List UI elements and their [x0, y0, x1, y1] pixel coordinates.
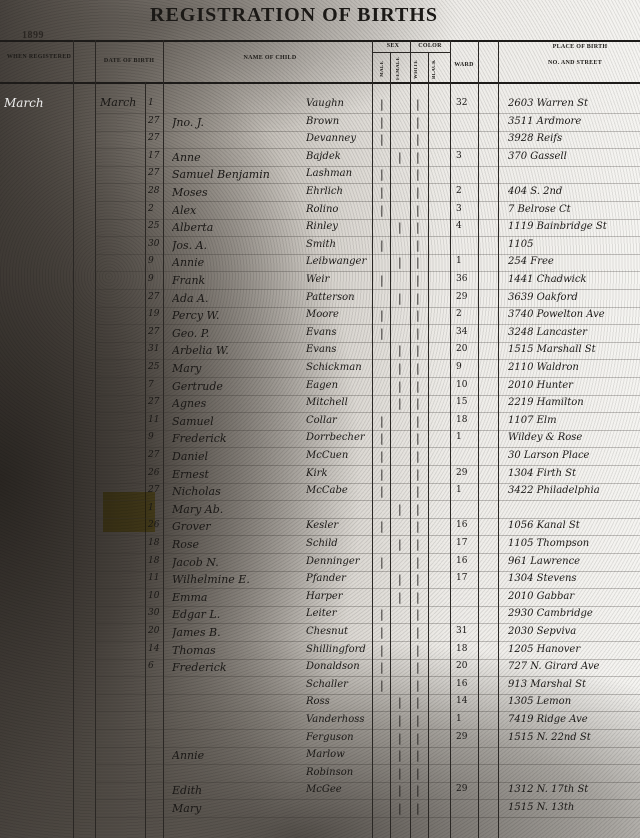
color-tick-mark: |: [416, 186, 420, 199]
col-rule-11: [498, 40, 499, 838]
row-rule: [95, 588, 640, 589]
birth-address: 2010 Gabbar: [508, 591, 638, 602]
birth-day: 27: [148, 168, 163, 178]
color-tick-mark: |: [416, 239, 420, 252]
child-surname: Shillingford: [306, 644, 372, 655]
row-rule: [95, 131, 640, 132]
ward-number: 15: [456, 397, 478, 407]
birth-address: 2603 Warren St: [508, 98, 638, 109]
birth-address: 727 N. Girard Ave: [508, 661, 638, 672]
row-rule: [95, 447, 640, 448]
sex-tick-mark: |: [398, 696, 402, 709]
birth-day: 25: [148, 362, 163, 372]
sex-tick-mark: |: [398, 292, 402, 305]
color-tick-mark: |: [416, 415, 420, 428]
color-tick-mark: |: [416, 767, 420, 780]
col-rule-5: [372, 40, 373, 838]
sex-tick-mark: |: [398, 591, 402, 604]
row-rule: [95, 324, 640, 325]
birth-day: 2: [148, 204, 163, 214]
col-rule-2: [95, 40, 96, 838]
header-color-black: Black: [432, 58, 437, 80]
sex-tick-mark: |: [398, 503, 402, 516]
header-ward: Ward: [450, 62, 478, 68]
header-when-registered: When Registered: [4, 54, 74, 60]
ward-number: 36: [456, 274, 478, 284]
birth-address: 1515 Marshall St: [508, 344, 638, 355]
sex-tick-mark: |: [380, 186, 384, 199]
child-surname: Patterson: [306, 292, 372, 303]
row-rule: [95, 113, 640, 114]
row-rule: [95, 553, 640, 554]
ward-number: 18: [456, 644, 478, 654]
color-tick-mark: |: [416, 116, 420, 129]
col-rule-4: [163, 40, 164, 838]
row-rule: [95, 799, 640, 800]
row-rule: [95, 236, 640, 237]
child-surname: Evans: [306, 344, 372, 355]
birth-day: 1: [148, 503, 163, 513]
row-rule: [95, 465, 640, 466]
birth-address: 1107 Elm: [508, 415, 638, 426]
birth-address: 30 Larson Place: [508, 450, 638, 461]
birth-day: 27: [148, 485, 163, 495]
birth-address: 404 S. 2nd: [508, 186, 638, 197]
birth-address: 3639 Oakford: [508, 292, 638, 303]
birth-address: 370 Gassell: [508, 151, 638, 162]
row-rule: [95, 166, 640, 167]
birth-day: 27: [148, 397, 163, 407]
row-rule: [95, 201, 640, 202]
color-tick-mark: |: [416, 168, 420, 181]
color-tick-mark: |: [416, 503, 420, 516]
sex-tick-mark: |: [380, 204, 384, 217]
birth-day: 27: [148, 450, 163, 460]
row-rule: [95, 377, 640, 378]
sex-tick-mark: |: [398, 784, 402, 797]
child-given-name: Edgar L.: [172, 608, 302, 621]
birth-day: 20: [148, 626, 163, 636]
sex-tick-mark: |: [380, 432, 384, 445]
child-surname: Lashman: [306, 168, 372, 179]
birth-day: 28: [148, 186, 163, 196]
child-given-name: Daniel: [172, 450, 302, 463]
birth-day: 11: [148, 415, 163, 425]
birth-address: 7 Belrose Ct: [508, 204, 638, 215]
color-tick-mark: |: [416, 380, 420, 393]
col-rule-9: [450, 40, 451, 838]
rule-sex-color-sub: [372, 52, 450, 53]
header-color: Color: [410, 43, 450, 49]
header-sex-female: Female: [396, 58, 401, 80]
ward-number: 34: [456, 327, 478, 337]
col-rule-10: [478, 40, 479, 838]
child-surname: Ross: [306, 696, 372, 707]
ward-number: 20: [456, 661, 478, 671]
sex-tick-mark: |: [398, 732, 402, 745]
color-tick-mark: |: [416, 450, 420, 463]
child-given-name: Frederick: [172, 432, 302, 445]
sex-tick-mark: |: [398, 362, 402, 375]
birth-address: Wildey & Rose: [508, 432, 638, 443]
sex-tick-mark: |: [380, 644, 384, 657]
sex-tick-mark: |: [398, 151, 402, 164]
ward-number: 4: [456, 221, 478, 231]
child-given-name: Geo. P.: [172, 327, 302, 340]
row-rule: [95, 535, 640, 536]
birth-day: 10: [148, 591, 163, 601]
color-tick-mark: |: [416, 556, 420, 569]
child-surname: Devanney: [306, 133, 372, 144]
birth-day: 19: [148, 309, 163, 319]
birth-address: 2110 Waldron: [508, 362, 638, 373]
birth-address: 7419 Ridge Ave: [508, 714, 638, 725]
child-surname: McGee: [306, 784, 372, 795]
ward-number: 1: [456, 485, 478, 495]
child-surname: Pfander: [306, 573, 372, 584]
child-surname: Kesler: [306, 520, 372, 531]
row-rule: [95, 430, 640, 431]
row-rule: [95, 711, 640, 712]
child-given-name: Grover: [172, 520, 302, 533]
birth-day: 27: [148, 116, 163, 126]
color-tick-mark: |: [416, 538, 420, 551]
birth-day: 25: [148, 221, 163, 231]
child-given-name: Annie: [172, 256, 302, 269]
color-tick-mark: |: [416, 520, 420, 533]
child-surname: Marlow: [306, 749, 372, 760]
color-tick-mark: |: [416, 661, 420, 674]
birth-month: March: [100, 96, 136, 109]
ward-number: 32: [456, 98, 478, 108]
child-surname: Donaldson: [306, 661, 372, 672]
birth-day: 18: [148, 556, 163, 566]
row-rule: [95, 694, 640, 695]
child-given-name: Jos. A.: [172, 239, 302, 252]
sex-tick-mark: |: [380, 133, 384, 146]
child-given-name: Mary: [172, 802, 302, 815]
color-tick-mark: |: [416, 327, 420, 340]
color-tick-mark: |: [416, 732, 420, 745]
row-rule: [95, 500, 640, 501]
child-surname: Leibwanger: [306, 256, 372, 267]
child-surname: Collar: [306, 415, 372, 426]
birth-address: 1305 Lemon: [508, 696, 638, 707]
sex-tick-mark: |: [380, 98, 384, 111]
sex-tick-mark: |: [380, 450, 384, 463]
child-surname: Kirk: [306, 468, 372, 479]
birth-address: 254 Free: [508, 256, 638, 267]
sex-tick-mark: |: [380, 274, 384, 287]
row-rule: [95, 254, 640, 255]
child-surname: Mitchell: [306, 397, 372, 408]
ward-number: 2: [456, 186, 478, 196]
child-given-name: Emma: [172, 591, 302, 604]
birth-day: 31: [148, 344, 163, 354]
birth-address: 1205 Hanover: [508, 644, 638, 655]
birth-address: 913 Marshal St: [508, 679, 638, 690]
sex-tick-mark: |: [380, 485, 384, 498]
birth-day: 27: [148, 133, 163, 143]
sex-tick-mark: |: [380, 468, 384, 481]
birth-day: 9: [148, 256, 163, 266]
birth-day: 9: [148, 432, 163, 442]
sex-tick-mark: |: [380, 116, 384, 129]
ward-number: 18: [456, 415, 478, 425]
birth-address: 1056 Kanal St: [508, 520, 638, 531]
child-given-name: Gertrude: [172, 380, 302, 393]
color-tick-mark: |: [416, 468, 420, 481]
row-rule: [95, 729, 640, 730]
ward-number: 16: [456, 679, 478, 689]
row-rule: [95, 641, 640, 642]
row-rule: [95, 782, 640, 783]
birth-address: 2010 Hunter: [508, 380, 638, 391]
child-given-name: Arbelia W.: [172, 344, 302, 357]
ward-number: 3: [456, 151, 478, 161]
child-given-name: Wilhelmine E.: [172, 573, 302, 586]
ward-number: 29: [456, 468, 478, 478]
ward-number: 17: [456, 538, 478, 548]
ward-number: 16: [456, 556, 478, 566]
birth-day: 9: [148, 274, 163, 284]
color-tick-mark: |: [416, 679, 420, 692]
sex-tick-mark: |: [380, 556, 384, 569]
color-tick-mark: |: [416, 626, 420, 639]
sex-tick-mark: |: [398, 380, 402, 393]
sex-tick-mark: |: [398, 749, 402, 762]
child-surname: McCuen: [306, 450, 372, 461]
child-given-name: Rose: [172, 538, 302, 551]
row-rule: [95, 606, 640, 607]
birth-address: 2930 Cambridge: [508, 608, 638, 619]
child-given-name: Nicholas: [172, 485, 302, 498]
sex-tick-mark: |: [380, 679, 384, 692]
child-surname: Harper: [306, 591, 372, 602]
birth-day: 27: [148, 327, 163, 337]
color-tick-mark: |: [416, 696, 420, 709]
col-rule-1: [73, 40, 74, 838]
child-given-name: Anne: [172, 151, 302, 164]
ward-number: 29: [456, 292, 478, 302]
child-surname: Bajdek: [306, 151, 372, 162]
birth-address: 2219 Hamilton: [508, 397, 638, 408]
birth-address: 1515 N. 22nd St: [508, 732, 638, 743]
color-tick-mark: |: [416, 133, 420, 146]
child-given-name: Ada A.: [172, 292, 302, 305]
ward-number: 31: [456, 626, 478, 636]
birth-address: 961 Lawrence: [508, 556, 638, 567]
birth-address: 1105 Thompson: [508, 538, 638, 549]
sex-tick-mark: |: [380, 626, 384, 639]
child-given-name: Alex: [172, 204, 302, 217]
child-surname: Schickman: [306, 362, 372, 373]
birth-address: 1312 N. 17th St: [508, 784, 638, 795]
ward-number: 20: [456, 344, 478, 354]
row-rule: [95, 747, 640, 748]
birth-address: 1304 Firth St: [508, 468, 638, 479]
row-rule: [95, 817, 640, 818]
child-given-name: Thomas: [172, 644, 302, 657]
sex-tick-mark: |: [380, 608, 384, 621]
color-tick-mark: |: [416, 274, 420, 287]
color-tick-mark: |: [416, 749, 420, 762]
birth-day: 26: [148, 520, 163, 530]
row-rule: [95, 676, 640, 677]
birth-day: 1: [148, 98, 163, 108]
child-surname: Evans: [306, 327, 372, 338]
sex-tick-mark: |: [398, 714, 402, 727]
child-surname: Vanderhoss: [306, 714, 372, 725]
birth-address: 1441 Chadwick: [508, 274, 638, 285]
register-title: REGISTRATION OF BIRTHS: [150, 4, 500, 27]
ward-number: 1: [456, 714, 478, 724]
header-place-of-birth: Place of Birth: [530, 44, 630, 50]
child-given-name: Annie: [172, 749, 302, 762]
birth-day: 11: [148, 573, 163, 583]
header-sex-male: Male: [380, 58, 385, 80]
birth-day: 26: [148, 468, 163, 478]
child-given-name: Edith: [172, 784, 302, 797]
child-given-name: Ernest: [172, 468, 302, 481]
row-rule: [95, 764, 640, 765]
child-surname: Denninger: [306, 556, 372, 567]
birth-address: 1119 Bainbridge St: [508, 221, 638, 232]
birth-address: 1515 N. 13th: [508, 802, 638, 813]
birth-day: 18: [148, 538, 163, 548]
child-given-name: Samuel Benjamin: [172, 168, 302, 181]
child-given-name: Mary Ab.: [172, 503, 302, 516]
row-rule: [95, 148, 640, 149]
row-rule: [95, 342, 640, 343]
child-surname: Schild: [306, 538, 372, 549]
birth-address: 3422 Philadelphia: [508, 485, 638, 496]
row-rule: [95, 395, 640, 396]
header-date-of-birth: Date of Birth: [96, 58, 162, 64]
ward-number: 1: [456, 432, 478, 442]
ward-number: 2: [456, 309, 478, 319]
birth-address: 1105: [508, 239, 638, 250]
row-rule: [95, 307, 640, 308]
child-given-name: James B.: [172, 626, 302, 639]
child-given-name: Samuel: [172, 415, 302, 428]
birth-address: 3511 Ardmore: [508, 116, 638, 127]
color-tick-mark: |: [416, 344, 420, 357]
ward-number: 9: [456, 362, 478, 372]
birth-address: 2030 Sepviva: [508, 626, 638, 637]
ward-number: 14: [456, 696, 478, 706]
color-tick-mark: |: [416, 432, 420, 445]
color-tick-mark: |: [416, 98, 420, 111]
col-rule-3: [145, 82, 146, 838]
birth-day: 7: [148, 380, 163, 390]
row-rule: [95, 359, 640, 360]
child-given-name: Alberta: [172, 221, 302, 234]
row-rule: [95, 412, 640, 413]
header-color-white: White: [414, 58, 419, 80]
birth-address: 3928 Reifs: [508, 133, 638, 144]
sex-tick-mark: |: [398, 221, 402, 234]
header-no-and-street: No. and Street: [520, 60, 630, 66]
color-tick-mark: |: [416, 485, 420, 498]
child-surname: Weir: [306, 274, 372, 285]
sex-tick-mark: |: [380, 327, 384, 340]
ward-number: 16: [456, 520, 478, 530]
birth-address: 3740 Powelton Ave: [508, 309, 638, 320]
sex-tick-mark: |: [398, 767, 402, 780]
sex-tick-mark: |: [380, 661, 384, 674]
child-surname: Ferguson: [306, 732, 372, 743]
color-tick-mark: |: [416, 292, 420, 305]
birth-day: 6: [148, 661, 163, 671]
color-tick-mark: |: [416, 608, 420, 621]
sex-tick-mark: |: [380, 520, 384, 533]
child-surname: Rinley: [306, 221, 372, 232]
child-given-name: Frederick: [172, 661, 302, 674]
sex-tick-mark: |: [398, 538, 402, 551]
sex-tick-mark: |: [380, 309, 384, 322]
col-rule-7: [410, 40, 411, 838]
header-bottom-rule: [0, 82, 640, 84]
child-surname: Chesnut: [306, 626, 372, 637]
row-rule: [95, 219, 640, 220]
child-surname: McCabe: [306, 485, 372, 496]
registered-month: March: [4, 96, 44, 110]
sex-tick-mark: |: [380, 168, 384, 181]
birth-address: 3248 Lancaster: [508, 327, 638, 338]
child-given-name: Agnes: [172, 397, 302, 410]
color-tick-mark: |: [416, 397, 420, 410]
child-given-name: Moses: [172, 186, 302, 199]
child-surname: Schaller: [306, 679, 372, 690]
color-tick-mark: |: [416, 362, 420, 375]
sex-tick-mark: |: [398, 344, 402, 357]
child-surname: Ehrlich: [306, 186, 372, 197]
header-sex: Sex: [376, 43, 410, 49]
color-tick-mark: |: [416, 221, 420, 234]
birth-day: 14: [148, 644, 163, 654]
sex-tick-mark: |: [398, 397, 402, 410]
birth-day: 27: [148, 292, 163, 302]
color-tick-mark: |: [416, 151, 420, 164]
color-tick-mark: |: [416, 644, 420, 657]
child-surname: Moore: [306, 309, 372, 320]
row-rule: [95, 483, 640, 484]
color-tick-mark: |: [416, 714, 420, 727]
child-surname: Brown: [306, 116, 372, 127]
ward-number: 17: [456, 573, 478, 583]
row-rule: [95, 518, 640, 519]
ward-number: 29: [456, 784, 478, 794]
color-tick-mark: |: [416, 802, 420, 815]
color-tick-mark: |: [416, 204, 420, 217]
row-rule: [95, 289, 640, 290]
child-given-name: Jno. J.: [172, 116, 302, 129]
ward-number: 10: [456, 380, 478, 390]
col-rule-8: [428, 52, 429, 838]
child-surname: Smith: [306, 239, 372, 250]
color-tick-mark: |: [416, 309, 420, 322]
row-rule: [95, 183, 640, 184]
color-tick-mark: |: [416, 573, 420, 586]
color-tick-mark: |: [416, 256, 420, 269]
child-given-name: Percy W.: [172, 309, 302, 322]
sex-tick-mark: |: [380, 415, 384, 428]
child-given-name: Mary: [172, 362, 302, 375]
child-surname: Vaughn: [306, 98, 372, 109]
ward-number: 3: [456, 204, 478, 214]
birth-address: 1304 Stevens: [508, 573, 638, 584]
